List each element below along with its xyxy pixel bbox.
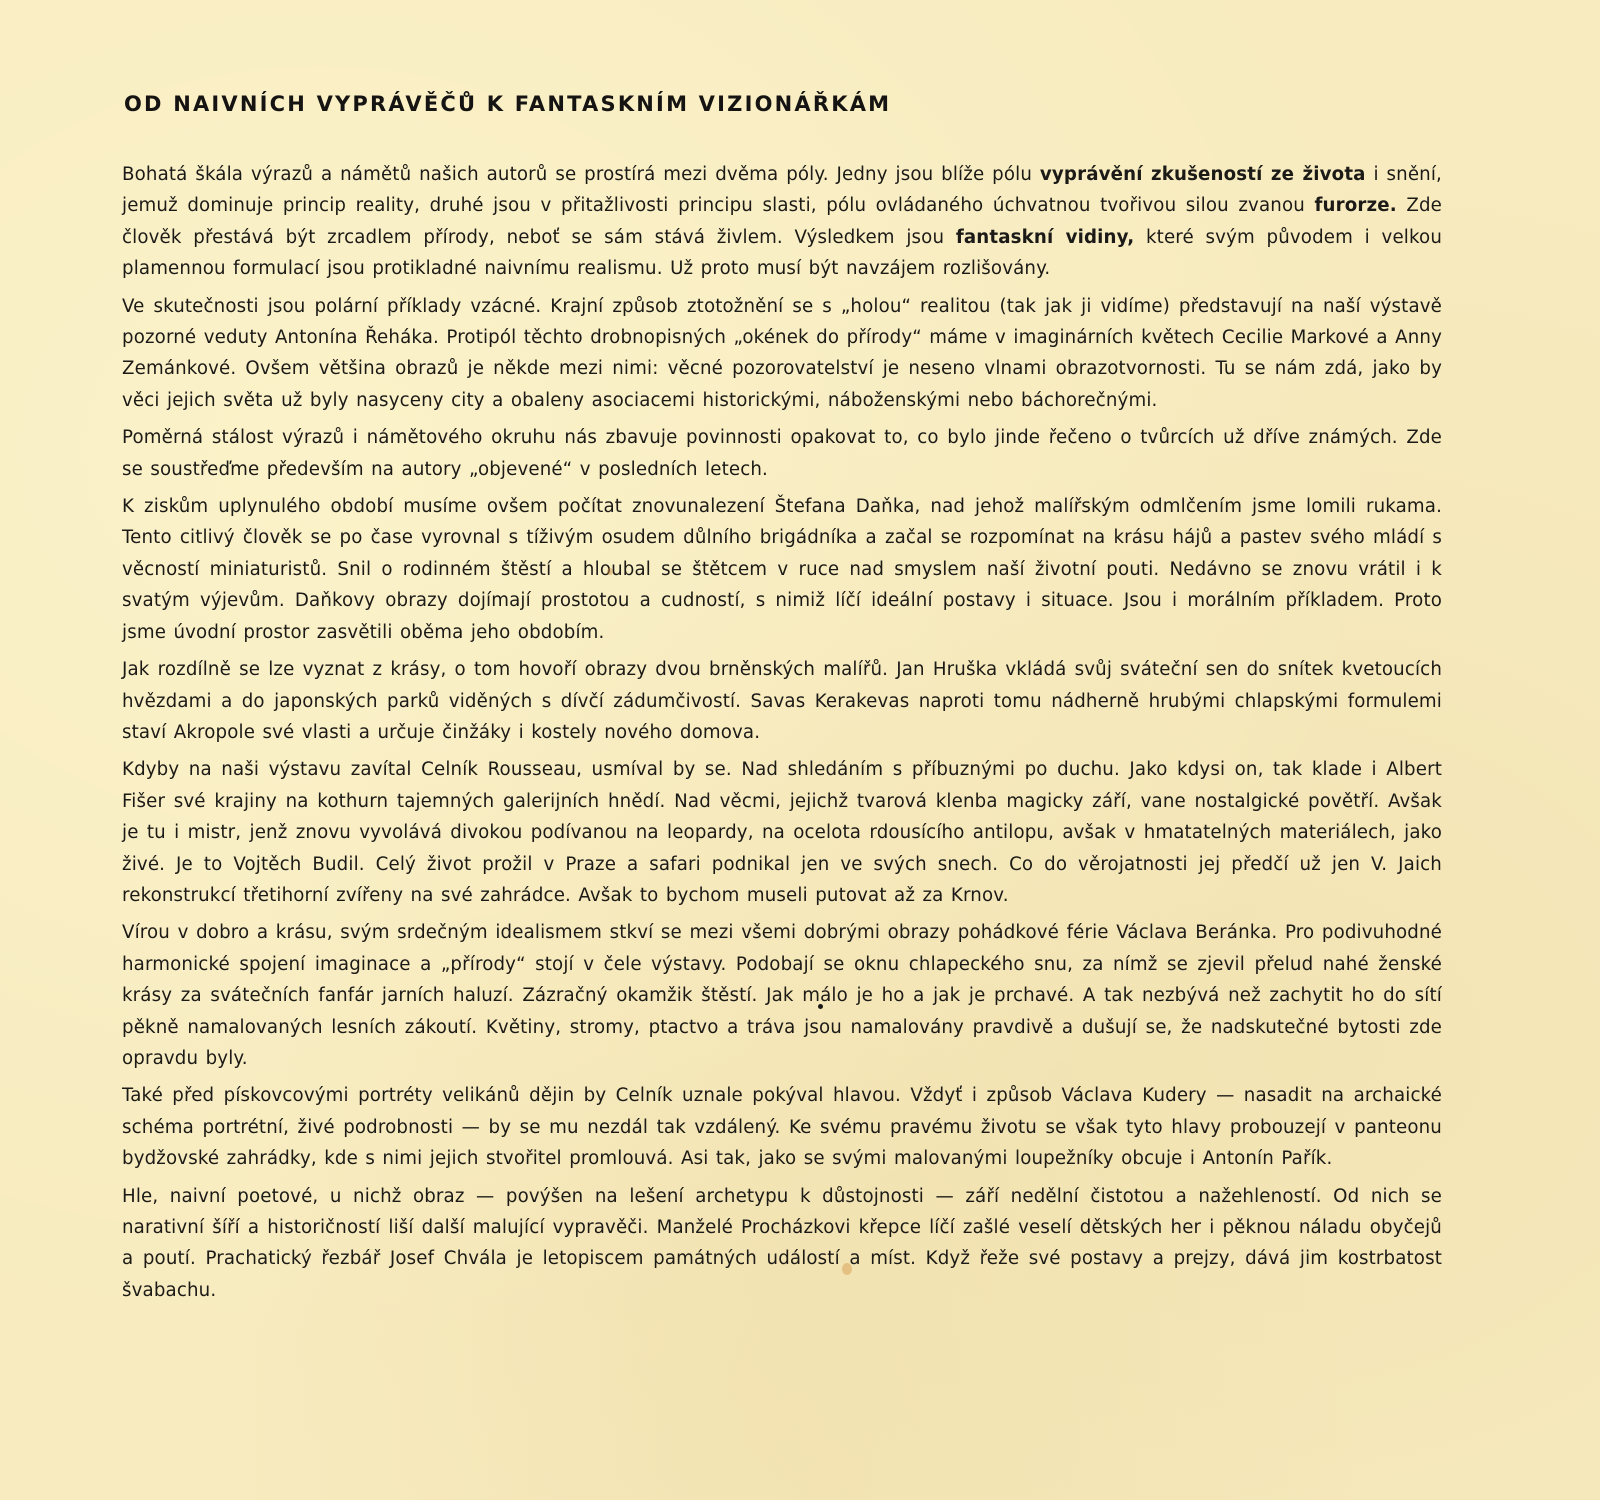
text-run: Vírou v dobro a krásu, svým srdečným ide… (122, 922, 1442, 1069)
text-run: Poměrná stálost výrazů i námětového okru… (122, 427, 1442, 479)
document-page: OD NAIVNÍCH VYPRÁVĚČŮ K FANTASKNÍM VIZIO… (122, 92, 1442, 1312)
paragraph: Hle, naivní poetové, u nichž obraz — pov… (122, 1181, 1442, 1307)
text-run: Hle, naivní poetové, u nichž obraz — pov… (122, 1186, 1442, 1301)
document-title: OD NAIVNÍCH VYPRÁVĚČŮ K FANTASKNÍM VIZIO… (124, 92, 1442, 116)
paragraph: Také před pískovcovými portréty velikánů… (122, 1080, 1442, 1174)
paragraph: Kdyby na naši výstavu zavítal Celník Rou… (122, 754, 1442, 911)
paragraph: K ziskům uplynulého období musíme ovšem … (122, 491, 1442, 648)
paper-speck (607, 568, 613, 575)
paragraph: Ve skutečnosti jsou polární příklady vzá… (122, 291, 1442, 417)
emphasized-phrase: fantaskní vidiny, (956, 227, 1134, 248)
text-run: Kdyby na naši výstavu zavítal Celník Rou… (122, 759, 1442, 906)
paper-speck (842, 1263, 852, 1275)
text-run: Jak rozdílně se lze vyznat z krásy, o to… (122, 659, 1442, 743)
paragraph: Poměrná stálost výrazů i námětového okru… (122, 422, 1442, 485)
text-run: Také před pískovcovými portréty velikánů… (122, 1085, 1442, 1169)
paper-speck (818, 1004, 823, 1009)
document-body: Bohatá škála výrazů a námětů našich auto… (122, 159, 1442, 1306)
emphasized-phrase: furorze. (1314, 195, 1396, 216)
text-run: Ve skutečnosti jsou polární příklady vzá… (122, 296, 1442, 411)
text-run: Bohatá škála výrazů a námětů našich auto… (122, 164, 1040, 185)
text-run: K ziskům uplynulého období musíme ovšem … (122, 496, 1442, 643)
emphasized-phrase: vyprávění zkušeností ze života (1040, 164, 1366, 185)
paragraph: Bohatá škála výrazů a námětů našich auto… (122, 159, 1442, 285)
paragraph: Jak rozdílně se lze vyznat z krásy, o to… (122, 654, 1442, 748)
paragraph: Vírou v dobro a krásu, svým srdečným ide… (122, 917, 1442, 1074)
